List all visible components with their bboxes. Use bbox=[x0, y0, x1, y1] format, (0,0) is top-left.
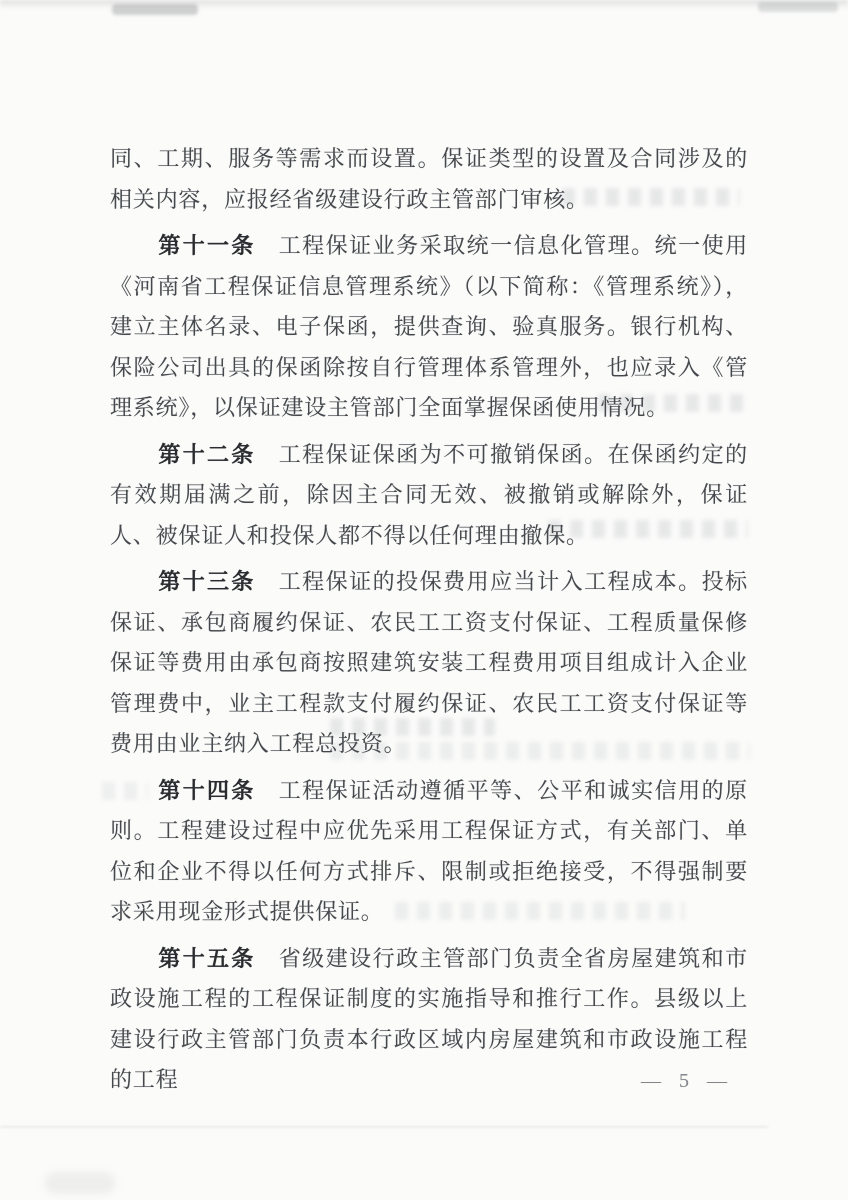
paragraph-text: 工程保证的投保费用应当计入工程成本。投标保证、承包商履约保证、农民工工资支付保证… bbox=[110, 569, 748, 756]
paragraph-text: 工程保证业务采取统一信息化管理。统一使用《河南省工程保证信息管理系统》（以下简称… bbox=[110, 233, 748, 420]
continuation-paragraph: 同、工期、服务等需求而设置。保证类型的设置及合同涉及的相关内容，应报经省级建设行… bbox=[110, 139, 748, 220]
document-body: 同、工期、服务等需求而设置。保证类型的设置及合同涉及的相关内容，应报经省级建设行… bbox=[110, 139, 748, 1101]
scan-line-artifact bbox=[0, 1126, 768, 1128]
article-paragraph: 第十三条工程保证的投保费用应当计入工程成本。投标保证、承包商履约保证、农民工工资… bbox=[110, 562, 748, 765]
scan-corner-artifact bbox=[45, 1172, 115, 1194]
paragraph-text: 同、工期、服务等需求而设置。保证类型的设置及合同涉及的相关内容，应报经省级建设行… bbox=[110, 146, 748, 212]
scan-edge-artifact bbox=[112, 4, 198, 15]
article-paragraph: 第十二条工程保证保函为不可撤销保函。在保函约定的有效期届满之前，除因主合同无效、… bbox=[110, 435, 748, 557]
page-number: — 5 — bbox=[630, 1070, 740, 1093]
article-number: 第十一条 bbox=[158, 233, 255, 258]
document-page: 同、工期、服务等需求而设置。保证类型的设置及合同涉及的相关内容，应报经省级建设行… bbox=[0, 0, 848, 1200]
scan-edge-artifact bbox=[758, 2, 838, 12]
article-paragraph: 第十一条工程保证业务采取统一信息化管理。统一使用《河南省工程保证信息管理系统》（… bbox=[110, 226, 748, 429]
article-number: 第十四条 bbox=[158, 778, 255, 803]
article-number: 第十三条 bbox=[158, 569, 255, 594]
article-number: 第十二条 bbox=[158, 442, 255, 467]
article-number: 第十五条 bbox=[158, 946, 255, 971]
article-paragraph: 第十四条工程保证活动遵循平等、公平和诚实信用的原则。工程建设过程中应优先采用工程… bbox=[110, 771, 748, 933]
